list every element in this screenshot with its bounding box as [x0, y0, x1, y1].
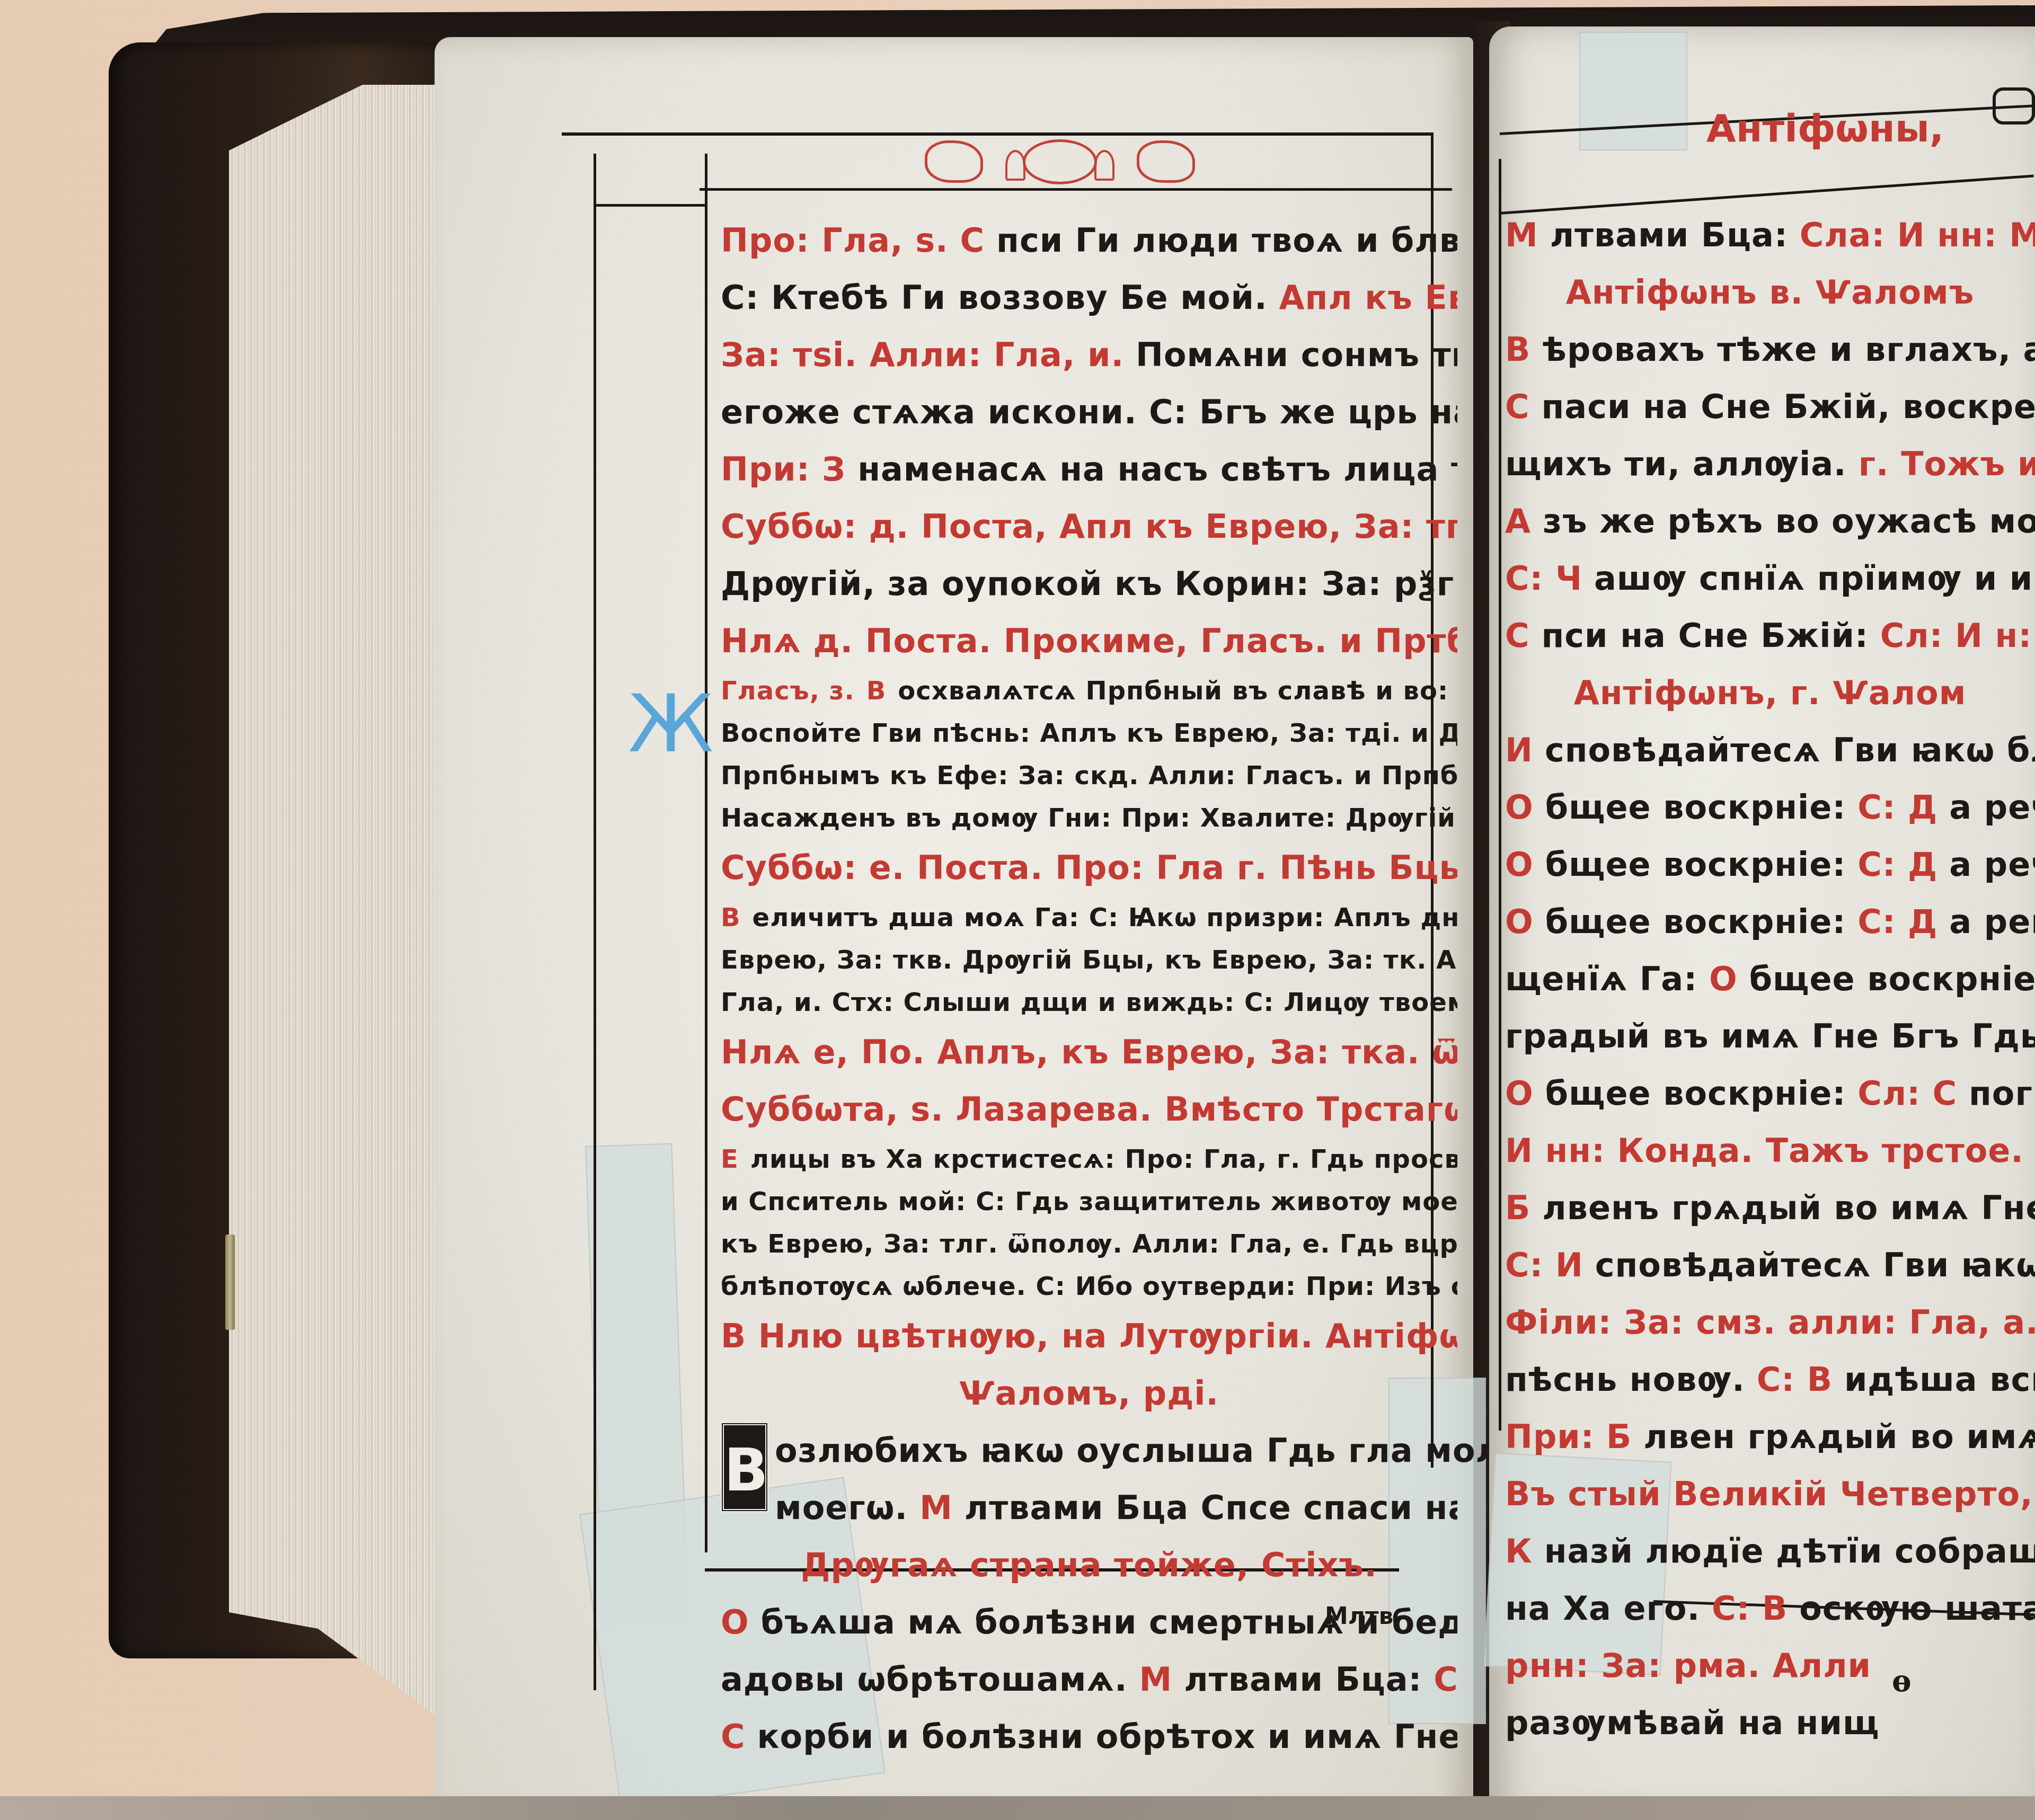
rubric-text: Сл: И н: — [1880, 616, 2032, 655]
body-text: бщее воскрніе: — [1545, 788, 1846, 827]
body-text: ашѹ спнїѧ прїимѹ и имѧ — [1594, 559, 2035, 598]
body-text: бщее воскрніе: — [1749, 960, 2035, 998]
body-text: лвен грѧдый во имѧ Гне Б — [1643, 1417, 2035, 1456]
paper-repair-patch — [1579, 32, 1687, 150]
body-text: градый въ имѧ Гне Бгъ Гдь — [1505, 1017, 2035, 1055]
text-line: Насажденъ въ домѹ Гни: При: Хвалите: Дрѹ… — [721, 797, 1457, 839]
rubric-text: При: Б — [1505, 1417, 1632, 1456]
rubric-text: Апл къ Еврею, — [1279, 278, 1457, 317]
text-line: Возлюбихъ ꙗкѡ оуслыша Гдь гла моленіѧ — [721, 1422, 1457, 1479]
text-line: Общее воскрніе:С: Да рече оу — [1505, 779, 2035, 836]
ornament-scroll-left-icon — [925, 140, 983, 183]
frame-outer-left-rule — [594, 154, 596, 1690]
body-text: пѣснь новѹ. — [1505, 1360, 1745, 1399]
rubric-text: Б — [1505, 1188, 1530, 1227]
text-line: Общее воскрніе:С: Да речетъ — [1505, 836, 2035, 893]
rubric-text: За: тѕі. Алли: Гла, и. — [721, 335, 1124, 374]
body-text: лтвами Бца: — [1550, 216, 1788, 254]
text-line: И нн: Конда. Тажъ трстое. — [1505, 1122, 2035, 1179]
text-line: Скорби и болѣзни обрѣтох и имѧ Гне при — [721, 1708, 1457, 1765]
body-text: а речетъ — [1949, 845, 2035, 884]
body-text: оскѹю шата — [1799, 1589, 2035, 1628]
text-line: Воспойте Гви пѣснь: Аплъ къ Еврею, За: т… — [721, 712, 1457, 754]
text-line: За: тѕі. Алли: Гла, и.Помѧни сонмъ твой — [721, 326, 1457, 384]
text-line: моегѡ.Млтвами Бца Спсе спаси на. — [721, 1479, 1457, 1537]
text-line: С: Ктебѣ Ги воззову Бе мой.Апл къ Еврею, — [721, 269, 1457, 326]
rubric-text: Суббѡ: д. Поста, Апл къ Еврею, За: тгі. — [721, 507, 1457, 546]
rubric-text: В Нлю цвѣтнѹю, на Лутѹргіи. Антіфѡ, а. — [721, 1317, 1457, 1355]
body-text: бщее воскрніе: — [1545, 845, 1846, 884]
text-line: Гла, и. Стх: Слыши дщи и виждь: С: Лицѹ … — [721, 981, 1457, 1024]
body-text: сповѣдайтесѧ Гви ꙗкѡ б — [1595, 1246, 2035, 1284]
right-frame-left-rule — [1499, 159, 1501, 1431]
text-line: Блвенъ грѧдый во имѧ Гне Бг — [1505, 1179, 2035, 1237]
text-line: Нлѧ д. Поста. Прокиме, Гласъ. и Пртбнымъ — [721, 612, 1457, 670]
text-line: Антіфѡнъ, г. Ѱалом — [1505, 664, 2035, 722]
ornamental-corner-glyph-icon — [1993, 87, 2035, 125]
rubric-text: С: Д — [1857, 902, 1937, 941]
body-text: а рекѹт — [1949, 902, 2035, 941]
text-line: При: Блвен грѧдый во имѧ Гне Б — [1505, 1408, 2035, 1466]
rubric-text: И — [1505, 731, 1533, 769]
body-text: разѹмѣвай на нищ — [1505, 1703, 1879, 1742]
text-line: Спаси на Сне Бжій, воскресый — [1505, 378, 2035, 436]
body-text: назй людїе дѣтїи собрашасѧ въ — [1544, 1532, 2035, 1570]
text-line: Суббѡта, ѕ. Лазарева. Вмѣсто Трстагѡ, — [721, 1081, 1457, 1138]
text-line: пѣснь новѹ.С: Видѣша вси на — [1505, 1351, 2035, 1408]
body-text: наменасѧ на насъ свѣтъ лица твоегѡ Ги. — [857, 450, 1457, 489]
rubric-text: О — [1505, 845, 1534, 884]
text-line: на Ха его.С: Воскѹю шата — [1505, 1580, 2035, 1637]
text-line: Елицы въ Ха крстистесѧ: Про: Гла, г. Гдь… — [721, 1138, 1457, 1180]
text-line: В Нлю цвѣтнѹю, на Лутѹргіи. Антіфѡ, а. — [721, 1308, 1457, 1365]
text-line: Кназй людїе дѣтїи собрашасѧ въ — [1505, 1523, 2035, 1580]
frame-top-rule — [562, 132, 1431, 136]
rubric-text: М — [919, 1488, 953, 1527]
body-text: погребе — [1969, 1074, 2035, 1113]
body-text: осхвалѧтсѧ Прпбный въ славѣ и во: Стх: — [898, 676, 1457, 706]
rubric-text: Нлѧ д. Поста. Прокиме, Гласъ. и Пртбнымъ — [721, 622, 1457, 660]
rubric-text: рнн: За: рма. Алли — [1505, 1646, 1871, 1685]
metal-clasp — [225, 1235, 235, 1330]
rubric-text: С — [721, 1717, 746, 1756]
rubric-text: С: Д — [1857, 845, 1937, 884]
body-text: и Спситель мой: С: Гдь защититель животѹ… — [721, 1187, 1457, 1217]
rubric-text: Суббѡ: е. Поста. Про: Гла г. Пѣнь Бцы. — [721, 848, 1457, 887]
rubric-text: С: Д — [1857, 788, 1937, 827]
body-text: Помѧни сонмъ твой — [1136, 335, 1457, 374]
rubric-text: А — [1505, 502, 1531, 540]
body-text: Прпбнымъ къ Ефе: За: скд. Алли: Гласъ. и… — [721, 761, 1457, 791]
rubric-text: С: В — [1757, 1360, 1833, 1399]
text-line: Ѱаломъ, рді. — [721, 1365, 1457, 1422]
rubric-text: Антіфѡнъ в. Ѱаломъ — [1566, 273, 1975, 312]
text-line: къ Еврею, За: тлг. ѿполѹ. Алли: Гла, е. … — [721, 1223, 1457, 1265]
text-line: Гласъ, з.Восхвалѧтсѧ Прпбный въ славѣ и … — [721, 670, 1457, 712]
catchword: Млтв — [1325, 1603, 1393, 1630]
body-text: идѣша вси на — [1844, 1360, 2035, 1399]
text-line: егоже стѧжа искони. С: Бгъ же црь нашъ п… — [721, 384, 1457, 441]
text-line: С: Исповѣдайтесѧ Гви ꙗкѡ б — [1505, 1237, 2035, 1294]
body-text: пси Ги люди твоѧ и блви до: — [996, 221, 1457, 260]
text-line: Спси на Сне Бжій:Сл: И н: — [1505, 607, 2035, 664]
text-line: Исповѣдайтесѧ Гви ꙗкѡ благъ — [1505, 722, 2035, 779]
rubric-text: Сл: С — [1857, 1074, 1957, 1113]
right-page-text: Млтвами Бца:Сла: И нн: МАнтіфѡнъ в. Ѱало… — [1505, 207, 2035, 1752]
body-text: корби и болѣзни обрѣтох и имѧ Гне при — [757, 1717, 1457, 1756]
rubric-text: Въ стый Великій Четверто, В — [1505, 1475, 2035, 1513]
body-text: лицы въ Ха крстистесѧ: Про: Гла, г. Гдь … — [750, 1144, 1457, 1174]
ornament-scroll-right-icon — [1137, 140, 1195, 183]
text-line: блѣпотѹсѧ ѡблече. С: Ибо оутверди: При: … — [721, 1265, 1457, 1308]
text-line: Азъ же рѣхъ во оужасѣ моемъ.Сп — [1505, 493, 2035, 550]
body-text: сповѣдайтесѧ Гви ꙗкѡ благъ — [1545, 731, 2035, 769]
rubric-text: Ѱаломъ, рді. — [959, 1374, 1219, 1413]
body-text: на Ха его. — [1505, 1589, 1700, 1628]
text-line: рнн: За: рма. Алли — [1505, 1637, 2035, 1694]
body-text: блѣпотѹсѧ ѡблече. С: Ибо оутверди: При: … — [721, 1272, 1457, 1301]
rubric-text: С: — [1434, 1660, 1457, 1699]
body-text: адовы ѡбрѣтошамѧ. — [721, 1660, 1128, 1699]
text-line: Дрѹгаѧ страна тойже, Стіхъ. — [721, 1537, 1457, 1594]
frame-header-rule — [700, 188, 1452, 191]
text-line: Общее воскрніе:Сл: Спогребе — [1505, 1065, 2035, 1122]
body-text: Воспойте Гви пѣснь: Аплъ къ Еврею, За: т… — [721, 718, 1457, 748]
book-photo: Ж Про: Гла, ѕ.Спси Ги люди твоѧ и блви д… — [0, 0, 2035, 1820]
body-text: бщее воскрніе: — [1545, 1074, 1846, 1113]
frame-inner-left-rule — [705, 154, 707, 1552]
rubric-text: О — [1505, 902, 1534, 941]
rubric-text: Про: Гла, ѕ. — [721, 221, 949, 260]
text-line: Антіфѡнъ в. Ѱаломъ — [1505, 264, 2035, 321]
body-text: Дрѹгій, за оупокой къ Корин: За: рѯг. — [721, 564, 1457, 603]
rubric-text: г. Тожъ и др — [1859, 445, 2035, 483]
body-text: а рече оу — [1949, 788, 2035, 827]
page-fore-edge — [229, 85, 452, 1727]
rubric-text: В — [1505, 330, 1530, 369]
body-text: егоже стѧжа искони. С: Бгъ же црь нашъ п… — [721, 393, 1457, 431]
text-line: разѹмѣвай на нищ — [1505, 1694, 2035, 1752]
rubric-text: С — [960, 221, 985, 260]
body-text: бщее воскрніе: — [1545, 902, 1846, 941]
text-line: Про: Гла, ѕ.Спси Ги люди твоѧ и блви до: — [721, 212, 1457, 269]
text-line: Вѣровахъ тѣже и вглахъ, азъ же см — [1505, 321, 2035, 378]
body-text: еличитъ дша моѧ Га: С: Ꙗкѡ призри: Аплъ … — [753, 903, 1457, 933]
rubric-text: О — [721, 1603, 749, 1641]
frame-margin-rule — [596, 204, 707, 207]
decorated-initial: В — [721, 1422, 768, 1512]
running-header: Антіфѡны, — [1706, 106, 1944, 150]
body-text: щенїѧ Га: — [1505, 960, 1697, 998]
rubric-text: С: Ч — [1505, 559, 1582, 598]
body-text: щихъ ти, аллѹіа. — [1505, 445, 1847, 483]
text-line: Еврею, За: ткв. Дрѹгій Бцы, къ Еврею, За… — [721, 939, 1457, 981]
text-line: Суббѡ: е. Поста. Про: Гла г. Пѣнь Бцы. — [721, 839, 1457, 896]
rubric-text: В — [721, 903, 741, 933]
rubric-text: С — [1505, 387, 1530, 426]
rubric-text: С: И — [1505, 1246, 1583, 1284]
rubric-text: Дрѹгаѧ страна тойже, Стіхъ. — [801, 1546, 1377, 1584]
rubric-text: С: В — [1712, 1589, 1788, 1628]
blue-pencil-margin-mark: Ж — [628, 678, 714, 770]
left-page-text: Про: Гла, ѕ.Спси Ги люди твоѧ и блви до:… — [721, 212, 1457, 1765]
body-text: лвенъ грѧдый во имѧ Гне Бг — [1542, 1188, 2035, 1227]
rubric-text: Суббѡта, ѕ. Лазарева. Вмѣсто Трстагѡ, — [721, 1090, 1457, 1129]
rubric-text: В — [866, 676, 887, 706]
rubric-text: При: З — [721, 450, 846, 489]
body-text: озлюбихъ ꙗкѡ оуслыша Гдь гла моленіѧ — [775, 1431, 1586, 1470]
rubric-text: О — [1709, 960, 1738, 998]
table-surface — [0, 1796, 2035, 1820]
body-text: Насажденъ въ домѹ Гни: При: Хвалите: Дрѹ… — [721, 803, 1457, 833]
body-text: моегѡ. — [775, 1488, 908, 1527]
rubric-text: О — [1505, 788, 1534, 827]
text-line: градый въ имѧ Гне Бгъ Гдь — [1505, 1008, 2035, 1065]
text-line: При: Знаменасѧ на насъ свѣтъ лица твоегѡ… — [721, 441, 1457, 498]
rubric-text: К — [1505, 1532, 1533, 1570]
text-line: Дрѹгій, за оупокой къ Корин: За: рѯг. — [721, 555, 1457, 612]
body-text: ѣровахъ тѣже и вглахъ, азъ же см — [1542, 330, 2035, 369]
body-text: лтвами Бца Спсе спаси на. — [965, 1488, 1457, 1527]
rubric-text: Філи: За: смз. алли: Гла, а. — [1505, 1303, 2035, 1342]
rubric-text: Нлѧ е, По. Аплъ, къ Еврею, За: тка. ѿпо. — [721, 1033, 1457, 1071]
text-line: адовы ѡбрѣтошамѧ.Млтвами Бца:С: — [721, 1651, 1457, 1708]
rubric-text: О — [1505, 1074, 1534, 1113]
folio-number: ѳ — [1892, 1664, 1912, 1699]
rubric-text: Сла: И нн: М — [1800, 216, 2035, 254]
rubric-text: С — [1505, 616, 1530, 655]
body-text: пси на Сне Бжій: — [1542, 616, 1869, 655]
header-ornament — [925, 138, 1195, 185]
rubric-text: М — [1139, 1660, 1173, 1699]
text-line: Суббѡ: д. Поста, Апл къ Еврею, За: тгі. — [721, 498, 1457, 555]
rubric-text: Е — [721, 1144, 739, 1174]
body-text: зъ же рѣхъ во оужасѣ моемъ. — [1543, 502, 2035, 540]
text-line: Млтвами Бца:Сла: И нн: М — [1505, 207, 2035, 264]
text-line: щихъ ти, аллѹіа.г. Тожъ и др — [1505, 436, 2035, 493]
rubric-text: Гласъ, з. — [721, 676, 855, 706]
cherub-head-icon — [1023, 139, 1097, 184]
text-line: С: Чашѹ спнїѧ прїимѹ и имѧ — [1505, 550, 2035, 607]
text-line: Нлѧ е, По. Аплъ, къ Еврею, За: тка. ѿпо. — [721, 1024, 1457, 1081]
body-text: Еврею, За: ткв. Дрѹгій Бцы, къ Еврею, За… — [721, 945, 1457, 975]
body-text: къ Еврею, За: тлг. ѿполѹ. Алли: Гла, е. … — [721, 1229, 1457, 1259]
body-text: С: Ктебѣ Ги воззову Бе мой. — [721, 278, 1267, 317]
text-line: Філи: За: смз. алли: Гла, а. — [1505, 1294, 2035, 1351]
rubric-text: М — [1505, 216, 1538, 254]
rubric-text: И нн: Конда. Тажъ трстое. — [1505, 1131, 2024, 1170]
text-line: Прпбнымъ къ Ефе: За: скд. Алли: Гласъ. и… — [721, 754, 1457, 797]
text-line: щенїѧ Га:Общее воскрніе: — [1505, 951, 2035, 1008]
body-text: Гла, и. Стх: Слыши дщи и виждь: С: Лицѹ … — [721, 988, 1457, 1017]
text-line: Величитъ дша моѧ Га: С: Ꙗкѡ призри: Аплъ… — [721, 896, 1457, 939]
body-text: паси на Сне Бжій, воскресый — [1542, 387, 2035, 426]
rubric-text: Антіфѡнъ, г. Ѱалом — [1574, 673, 1967, 712]
text-line: и Спситель мой: С: Гдь защититель животѹ… — [721, 1180, 1457, 1223]
body-text: лтвами Бца: — [1184, 1660, 1422, 1699]
text-line: Въ стый Великій Четверто, В — [1505, 1466, 2035, 1523]
text-line: Общее воскрніе:С: Да рекѹт — [1505, 893, 2035, 951]
